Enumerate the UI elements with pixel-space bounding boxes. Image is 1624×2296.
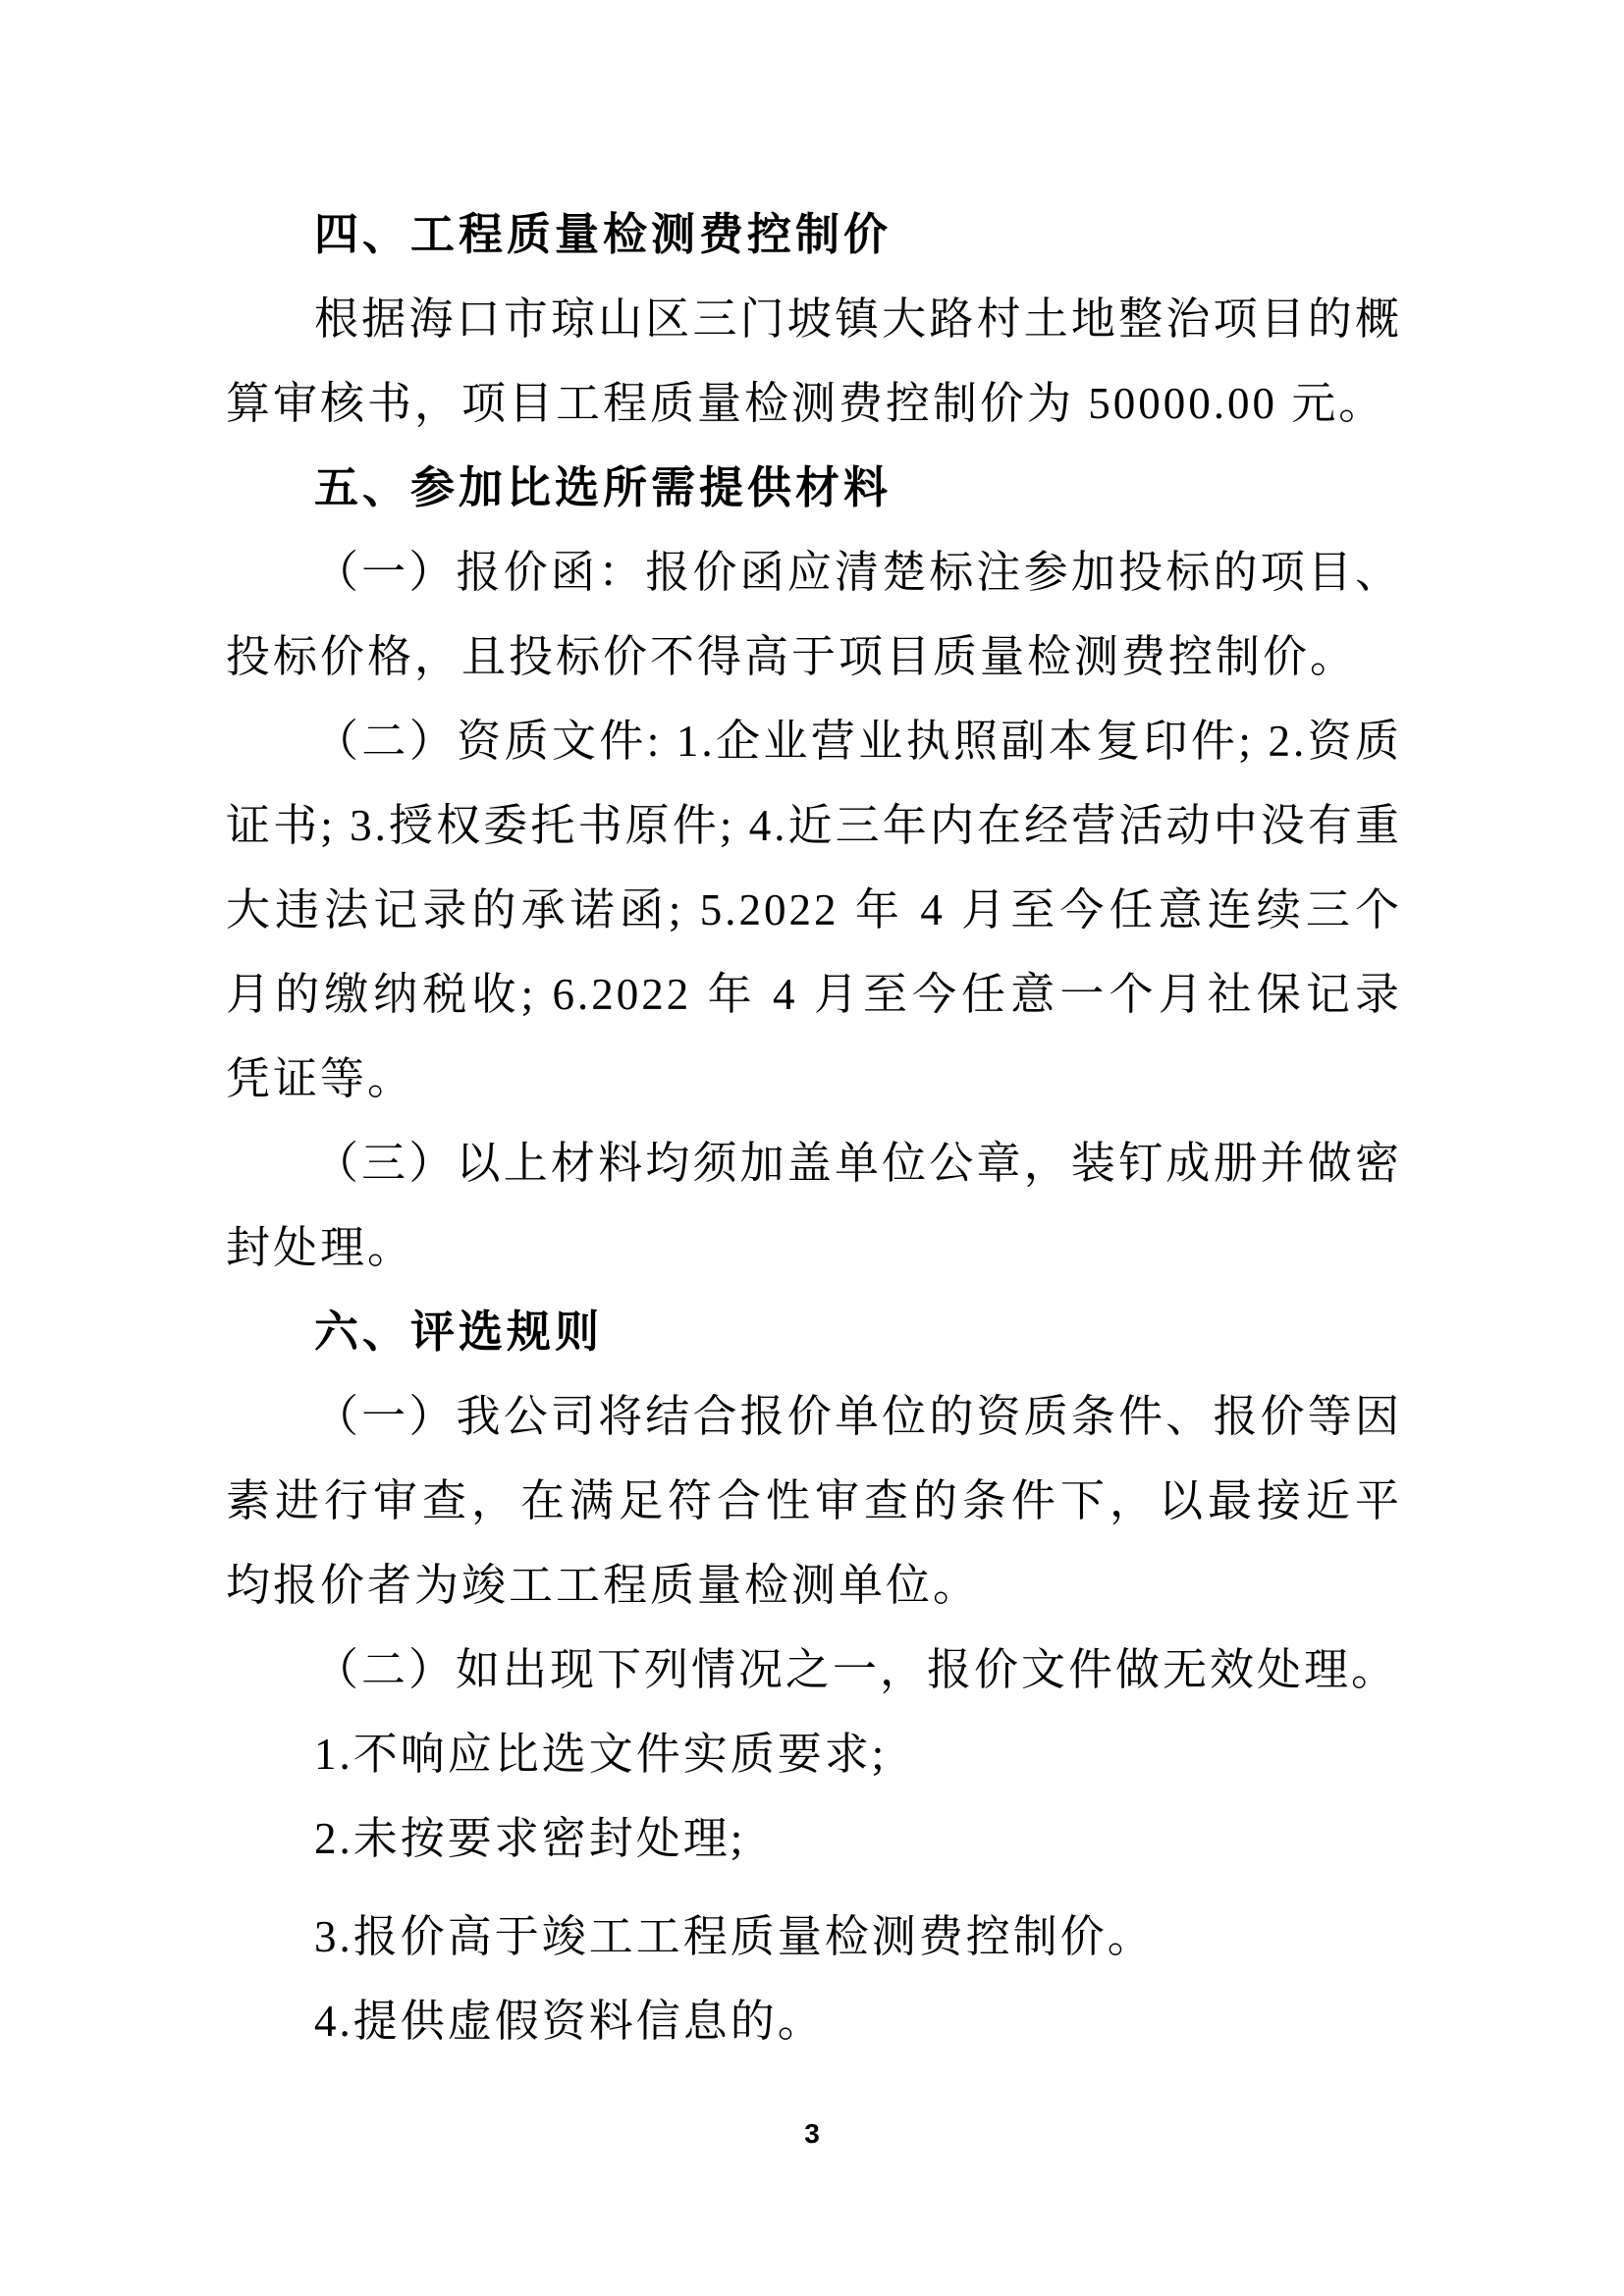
list-item-2: 2.未按要求密封处理;: [226, 1796, 1402, 1881]
document-page: 四、工程质量检测费控制价 根据海口市琼山区三门坡镇大路村土地整治项目的概算审核书…: [0, 0, 1624, 2296]
document-content: 四、工程质量检测费控制价 根据海口市琼山区三门坡镇大路村土地整治项目的概算审核书…: [226, 192, 1402, 2063]
section-heading-selection-rules: 六、评选规则: [226, 1290, 1402, 1374]
page-number: 3: [804, 2118, 820, 2149]
paragraph-control-price: 根据海口市琼山区三门坡镇大路村土地整治项目的概算审核书，项目工程质量检测费控制价…: [226, 277, 1402, 446]
paragraph-quotation-letter: （一）报价函：报价函应清楚标注参加投标的项目、投标价格，且投标价不得高于项目质量…: [226, 530, 1402, 699]
list-item-1: 1.不响应比选文件实质要求;: [226, 1712, 1402, 1796]
list-item-3: 3.报价高于竣工工程质量检测费控制价。: [226, 1895, 1402, 1979]
section-heading-required-materials: 五、参加比选所需提供材料: [226, 446, 1402, 530]
paragraph-sealing-requirement: （三）以上材料均须加盖单位公章，装钉成册并做密封处理。: [226, 1121, 1402, 1290]
section-heading-quality-test-fee-control-price: 四、工程质量检测费控制价: [226, 192, 1402, 277]
list-item-4: 4.提供虚假资料信息的。: [226, 1979, 1402, 2063]
paragraph-qualification-documents: （二）资质文件: 1.企业营业执照副本复印件; 2.资质证书; 3.授权委托书原…: [226, 699, 1402, 1121]
paragraph-review-criteria: （一）我公司将结合报价单位的资质条件、报价等因素进行审查，在满足符合性审查的条件…: [226, 1374, 1402, 1628]
page-footer: 3: [0, 2118, 1624, 2150]
paragraph-invalid-cases-intro: （二）如出现下列情况之一，报价文件做无效处理。: [226, 1628, 1402, 1712]
